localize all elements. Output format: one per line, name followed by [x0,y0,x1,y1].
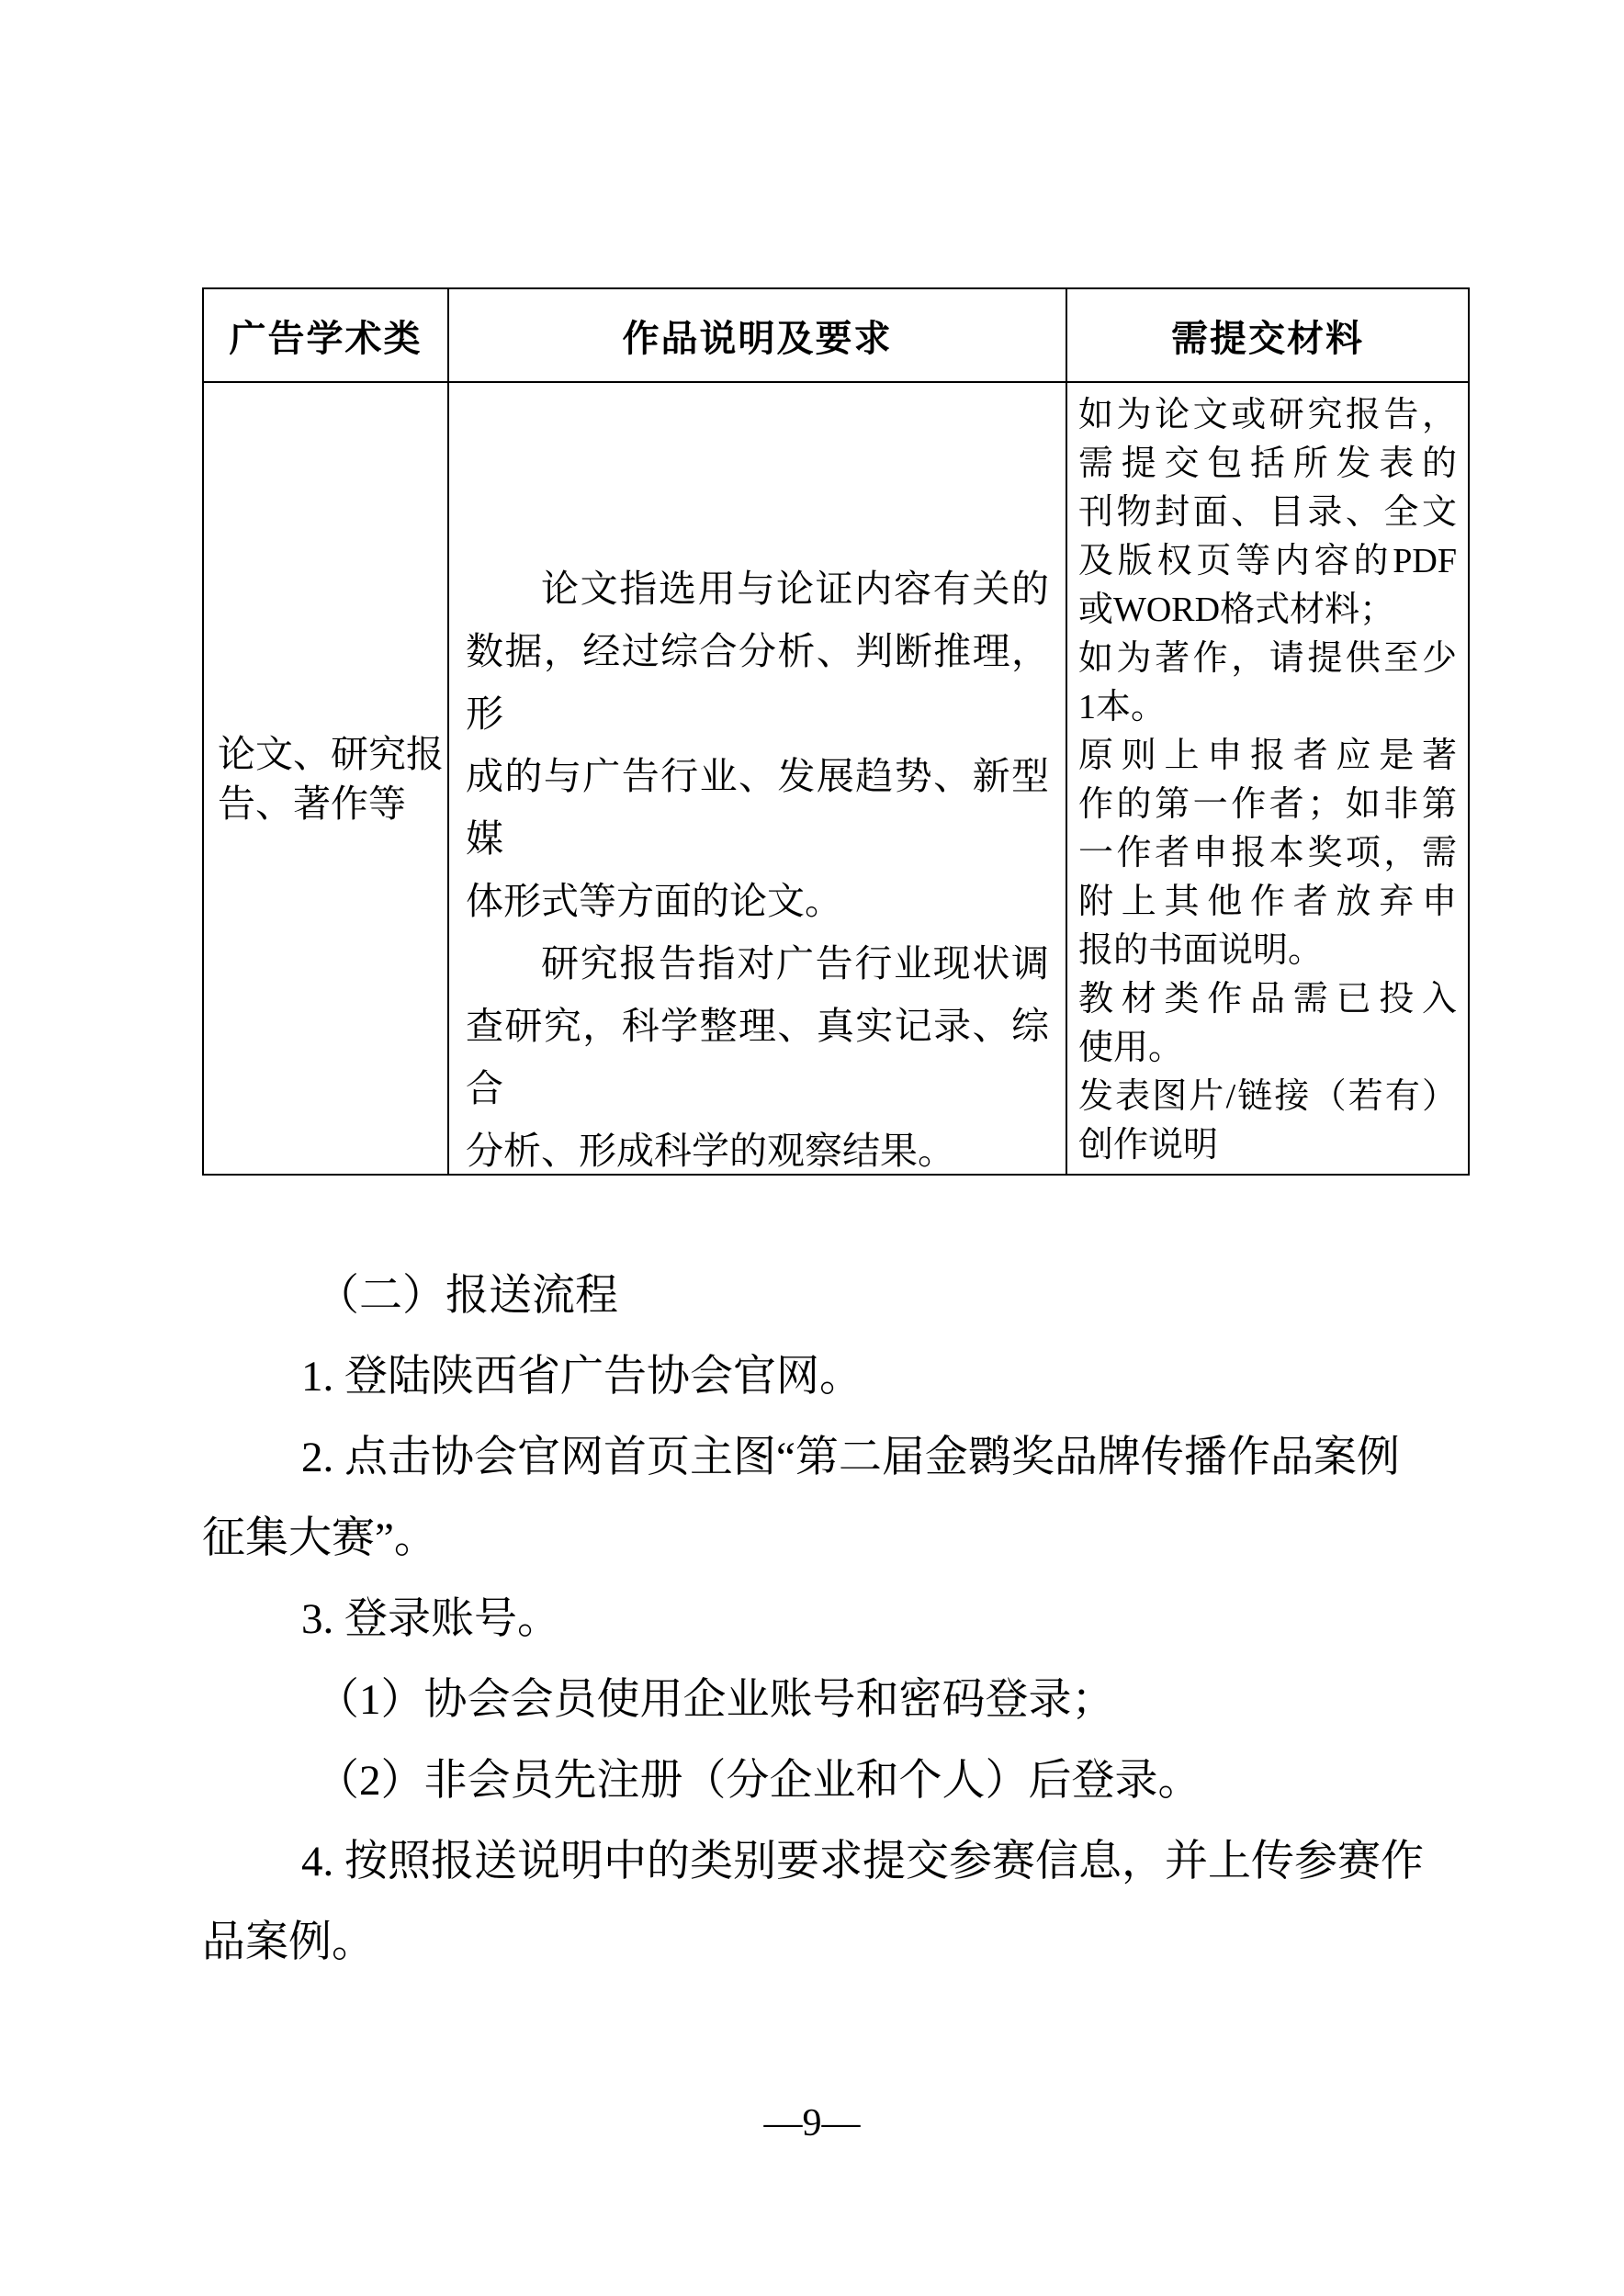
materials-line: 刊物封面、目录、全文 [1078,489,1457,537]
materials-line: 1本。 [1078,683,1457,732]
paragraph-line: 1. 登陆陕西省广告协会官网。 [202,1336,1511,1417]
paragraph-line: 3. 登录账号。 [202,1579,1511,1660]
paragraph-line: （2）非会员先注册（分企业和个人）后登录。 [202,1740,1511,1821]
materials-line: 如为著作，请提供至少 [1078,635,1457,683]
materials-line: 报的书面说明。 [1078,927,1457,975]
header-cell-description: 作品说明及要求 [449,289,1067,383]
materials-line: 原则上申报者应是著 [1078,732,1457,781]
header-cell-materials: 需提交材料 [1067,289,1468,383]
materials-line: 创作说明 [1078,1121,1457,1170]
submission-process-section: （二）报送流程1. 登陆陕西省广告协会官网。2. 点击协会官网首页主图“第二届金… [202,1255,1511,1983]
materials-line: 附上其他作者放弃申 [1078,878,1457,927]
category-line: 告、著作等 [218,779,406,828]
materials-line: 及版权页等内容的PDF [1078,537,1457,586]
page-number: —9— [0,2101,1624,2145]
paragraph-line: 2. 点击协会官网首页主图“第二届金鹮奖品牌传播作品案例 [202,1417,1511,1498]
cell-materials: 如为论文或研究报告，需提交包括所发表的刊物封面、目录、全文及版权页等内容的PDF… [1067,383,1468,1174]
materials-line: 发表图片/链接（若有） [1078,1073,1457,1121]
description-line: 成的与广告行业、发展趋势、新型媒 [466,745,1049,870]
materials-line: 教材类作品需已投入 [1078,975,1457,1024]
cell-category: 论文、研究报告、著作等 [204,383,449,1174]
materials-line: 作的第一作者；如非第 [1078,781,1457,829]
category-line: 论文、研究报 [218,729,444,779]
paragraph-line: 4. 按照报送说明中的类别要求提交参赛信息，并上传参赛作 [202,1821,1511,1902]
paragraph-line: 征集大赛”。 [202,1498,1511,1579]
description-line: 分析、形成科学的观察结果。 [466,1120,1049,1174]
materials-line: 使用。 [1078,1024,1457,1073]
paragraph-line: （二）报送流程 [202,1255,1511,1336]
materials-line: 如为论文或研究报告， [1078,391,1457,440]
description-line: 查研究，科学整理、真实记录、综合 [466,995,1049,1120]
header-cell-category: 广告学术类 [204,289,449,383]
description-line: 体形式等方面的论文。 [466,870,1049,932]
materials-line: 或WORD格式材料； [1078,586,1457,635]
cell-description: 论文指选用与论证内容有关的数据，经过综合分析、判断推理，形成的与广告行业、发展趋… [449,383,1067,1174]
doc-page: 广告学术类 作品说明及要求 需提交材料 论文、研究报告、著作等 论文指选用与论证… [0,0,1624,2296]
materials-table: 广告学术类 作品说明及要求 需提交材料 论文、研究报告、著作等 论文指选用与论证… [202,287,1470,1176]
materials-line: 一作者申报本奖项，需 [1078,829,1457,878]
description-line: 论文指选用与论证内容有关的 [466,557,1049,620]
paragraph-line: 品案例。 [202,1902,1511,1983]
description-line: 数据，经过综合分析、判断推理，形 [466,620,1049,745]
paragraph-line: （1）协会会员使用企业账号和密码登录； [202,1660,1511,1740]
materials-line: 需提交包括所发表的 [1078,440,1457,489]
description-line: 研究报告指对广告行业现状调 [466,932,1049,995]
